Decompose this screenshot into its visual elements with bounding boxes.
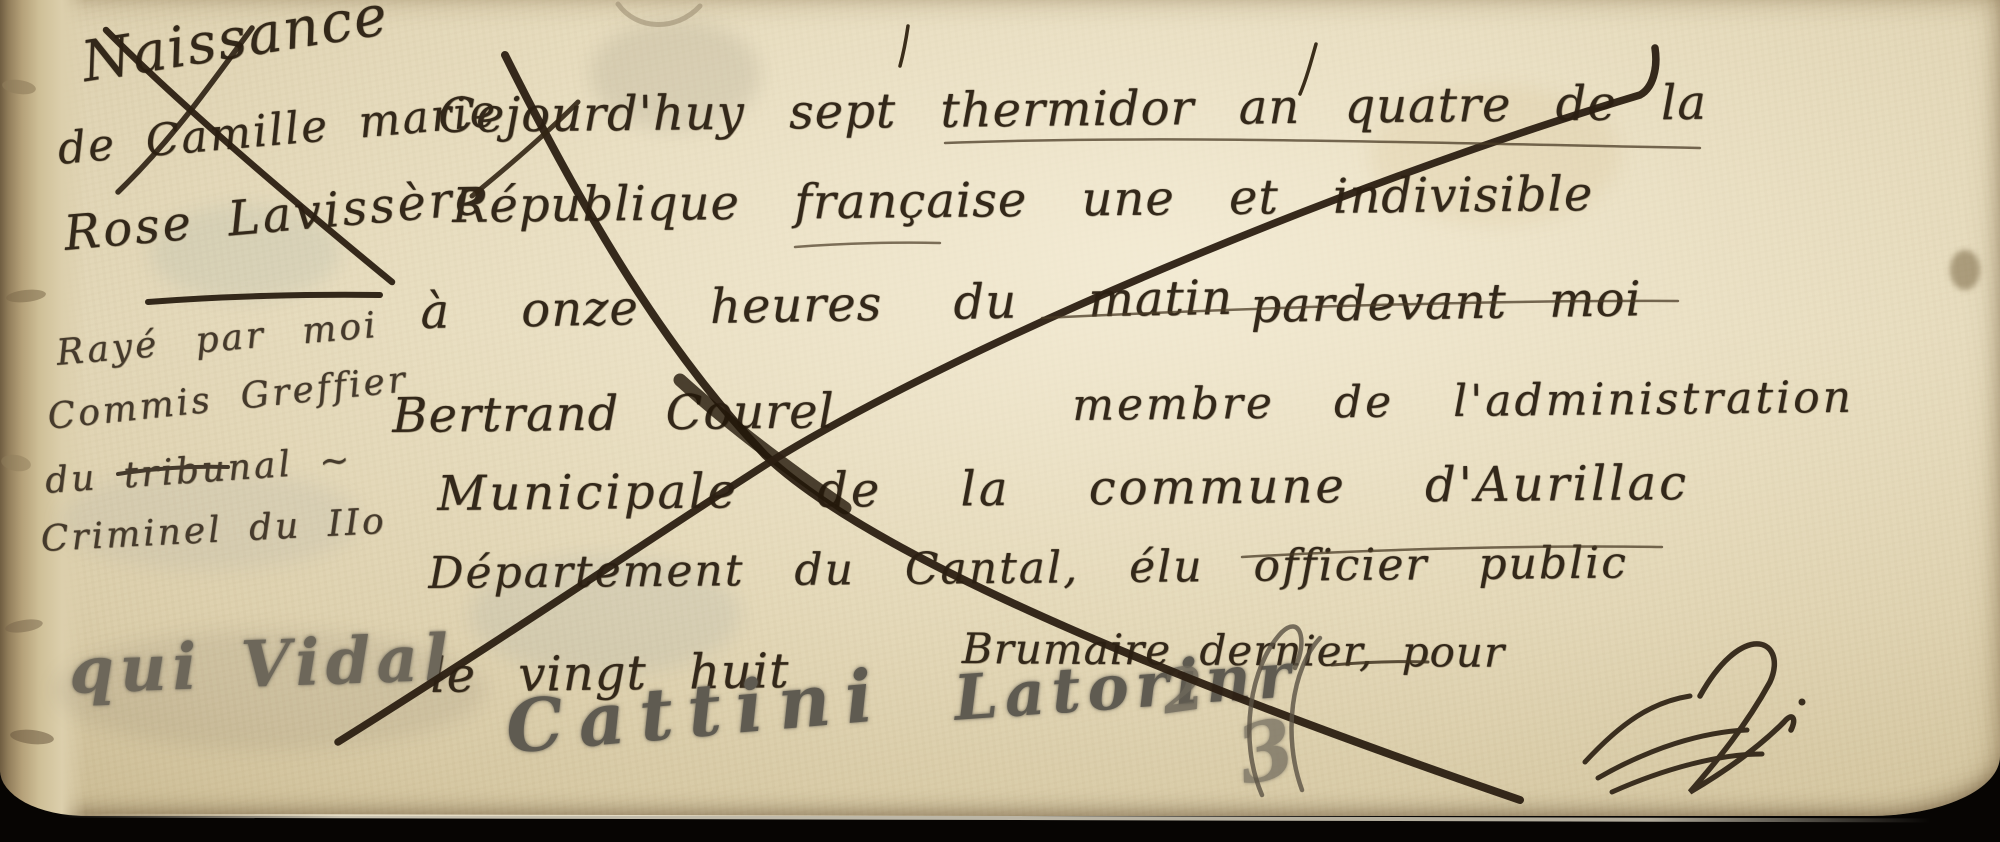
- paraph-wing-1: [1585, 696, 1690, 762]
- ink-tick-1: [900, 26, 908, 66]
- strike-line-4: [1242, 546, 1662, 557]
- cross-out-stroke-blob: [680, 380, 845, 508]
- margin-cross-stroke-2: [118, 28, 252, 192]
- cut-off-ghost-curve: [618, 4, 700, 25]
- ink-strokes-overlay: [0, 0, 2000, 842]
- margin-cross-stroke-1: [106, 30, 392, 282]
- cross-out-stroke-ascending: [338, 48, 1656, 742]
- scanned-register-page: Naissance de Camille marie Rose Lavissèr…: [0, 0, 2000, 842]
- strike-line-1: [945, 139, 1700, 148]
- cross-out-stroke-descending: [505, 55, 1520, 800]
- cross-out-stroke-short: [472, 102, 578, 196]
- strike-line-2: [795, 243, 940, 247]
- paraph-dot: [1799, 699, 1806, 706]
- ink-tick-2: [1300, 44, 1316, 94]
- margin-underline: [148, 295, 380, 302]
- paraph-s-curl: [1690, 644, 1794, 792]
- trailing-dash: [1332, 662, 1428, 665]
- strike-line-3: [1042, 301, 1678, 318]
- tribunal-overline: [118, 467, 228, 474]
